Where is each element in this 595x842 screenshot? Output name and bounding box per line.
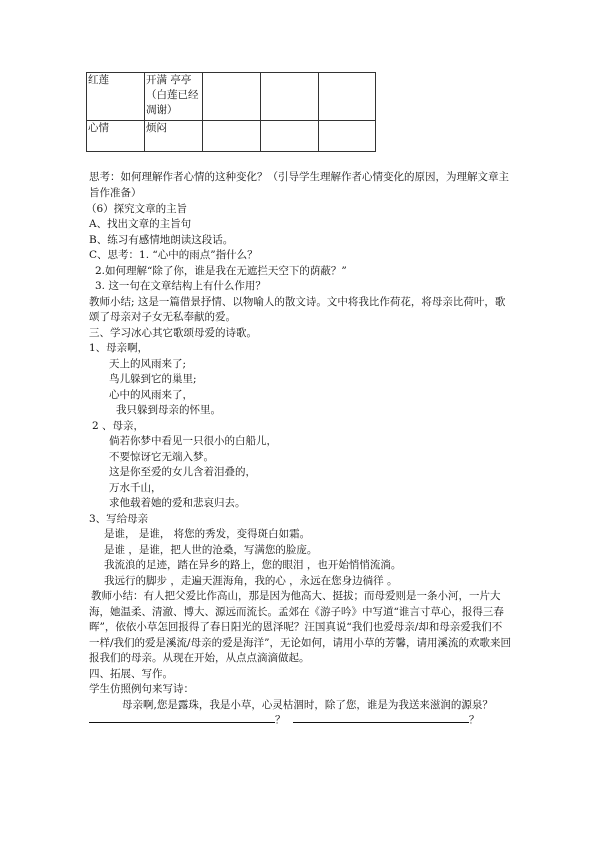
cell-line: 凋谢） <box>146 103 201 118</box>
blank-line-row: ？ ？ <box>89 713 479 728</box>
poem-line: 我远行的脚步 ，走遍天涯海角，我的心 ，永远在您身边徜徉 。 <box>104 574 398 589</box>
document-page: 红莲 开满 亭亭 （白莲已经 凋谢） 心情 烦闷 思考：如何理解作者心情的这种变… <box>0 0 595 842</box>
blank-end-mark: ？ <box>275 714 286 726</box>
table-cell: 开满 亭亭 （白莲已经 凋谢） <box>145 73 203 121</box>
comparison-table: 红莲 开满 亭亭 （白莲已经 凋谢） 心情 烦闷 <box>86 72 376 152</box>
teacher-summary: 教师小结; 这是一篇借景抒情、以物喻人的散文诗。文中将我比作荷花，将母亲比荷叶，… <box>89 295 505 310</box>
table-cell-label: 红莲 <box>87 73 145 121</box>
poem-line: 鸟儿躲到它的巢里; <box>109 372 197 387</box>
section-heading: 四、拓展、写作。 <box>89 667 173 682</box>
poem-line: 倘若你梦中看见一只很小的白船儿， <box>109 434 277 449</box>
poem-line: 万水千山， <box>109 481 162 496</box>
poem-line: 不要惊讶它无端入梦。 <box>109 450 214 465</box>
poem-line: 心中的风雨来了， <box>109 388 193 403</box>
teacher-summary: 教师小结：有人把父爱比作高山，那是因为他高大、挺拔；而母爱则是一条小河，一片大 <box>91 589 501 604</box>
poem-line: 是谁 ，是谁，把人世的沧桑，写满您的脸庞。 <box>104 543 317 558</box>
cell-line: （白莲已经 <box>146 88 201 103</box>
list-item: 3. 这一句在文章结构上有什么作用？ <box>95 279 266 294</box>
list-item: B、练习有感情地朗读这段话。 <box>89 233 233 248</box>
write-blank-2[interactable] <box>293 713 469 723</box>
table-cell <box>203 73 261 121</box>
write-blank-1[interactable] <box>89 713 275 723</box>
poem-line: 我流浪的足迹，踏在异乡的路上，您的眼泪 ，也开始悄悄流淌。 <box>104 558 401 573</box>
table-cell <box>319 121 376 152</box>
table-cell <box>319 73 376 121</box>
writing-prompt: 学生仿照例句来写诗： <box>89 682 194 697</box>
table-row: 心情 烦闷 <box>87 121 376 152</box>
think-line: 思考：如何理解作者心情的这种变化？（引导学生理解作者心情变化的原因，为理解文章主 <box>89 170 509 185</box>
example-sentence: 母亲啊,您是露珠，我是小草，心灵枯涸时，除了您，谁是为我送来滋润的源泉？ <box>122 698 493 713</box>
blank-end-mark: ？ <box>469 714 480 726</box>
poem-line: 这是你至爱的女儿含着泪叠的， <box>109 465 256 480</box>
poem-title: 3、写给母亲 <box>89 512 148 527</box>
table-cell <box>203 121 261 152</box>
poem-line: 求他载着她的爱和悲哀归去。 <box>109 496 246 511</box>
teacher-summary: 海，她温柔、清澈、博大、源远而流长。孟郊在《游子吟》中写道“谁言寸草心，报得三春 <box>89 605 504 620</box>
teacher-summary: 一样/我们的爱是溪流/母亲的爱是海洋”，无论如何，请用小草的芳馨，请用溪流的欢歌… <box>89 636 511 651</box>
list-item: A、找出文章的主旨句 <box>89 217 191 232</box>
table-row: 红莲 开满 亭亭 （白莲已经 凋谢） <box>87 73 376 121</box>
think-line: 旨作准备） <box>89 186 142 201</box>
section-heading: （6）探究文章的主旨 <box>86 202 187 217</box>
table-cell <box>261 73 319 121</box>
cell-line: 烦闷 <box>146 121 201 136</box>
teacher-summary: 报我们的母亲。从现在开始，从点点滴滴做起。 <box>89 651 310 666</box>
poem-title: 2 、母亲， <box>92 419 144 434</box>
poem-line: 我只躲到母亲的怀里。 <box>116 403 221 418</box>
teacher-summary: 颂了母亲对子女无私奉献的爱。 <box>89 310 236 325</box>
list-item: 2.如何理解“除了你，谁是我在无遮拦天空下的荫蔽？” <box>95 264 347 279</box>
table-cell-label: 心情 <box>87 121 145 152</box>
table-cell: 烦闷 <box>145 121 203 152</box>
cell-line: 开满 亭亭 <box>146 73 201 88</box>
section-heading: 三、学习冰心其它歌颂母爱的诗歌。 <box>89 326 257 341</box>
poem-title: 1、母亲啊， <box>89 341 148 356</box>
table-cell <box>261 121 319 152</box>
poem-line: 是谁， 是谁， 将您的秀发，变得斑白如霜。 <box>104 527 310 542</box>
poem-line: 天上的风雨来了; <box>109 357 186 372</box>
list-item: C、思考：1. “心中的雨点”指什么？ <box>89 248 258 263</box>
teacher-summary: 晖”，依依小草怎回报得了春日阳光的恩泽呢？汪国真说“我们也爱母亲/却和母亲爱我们… <box>89 620 502 635</box>
